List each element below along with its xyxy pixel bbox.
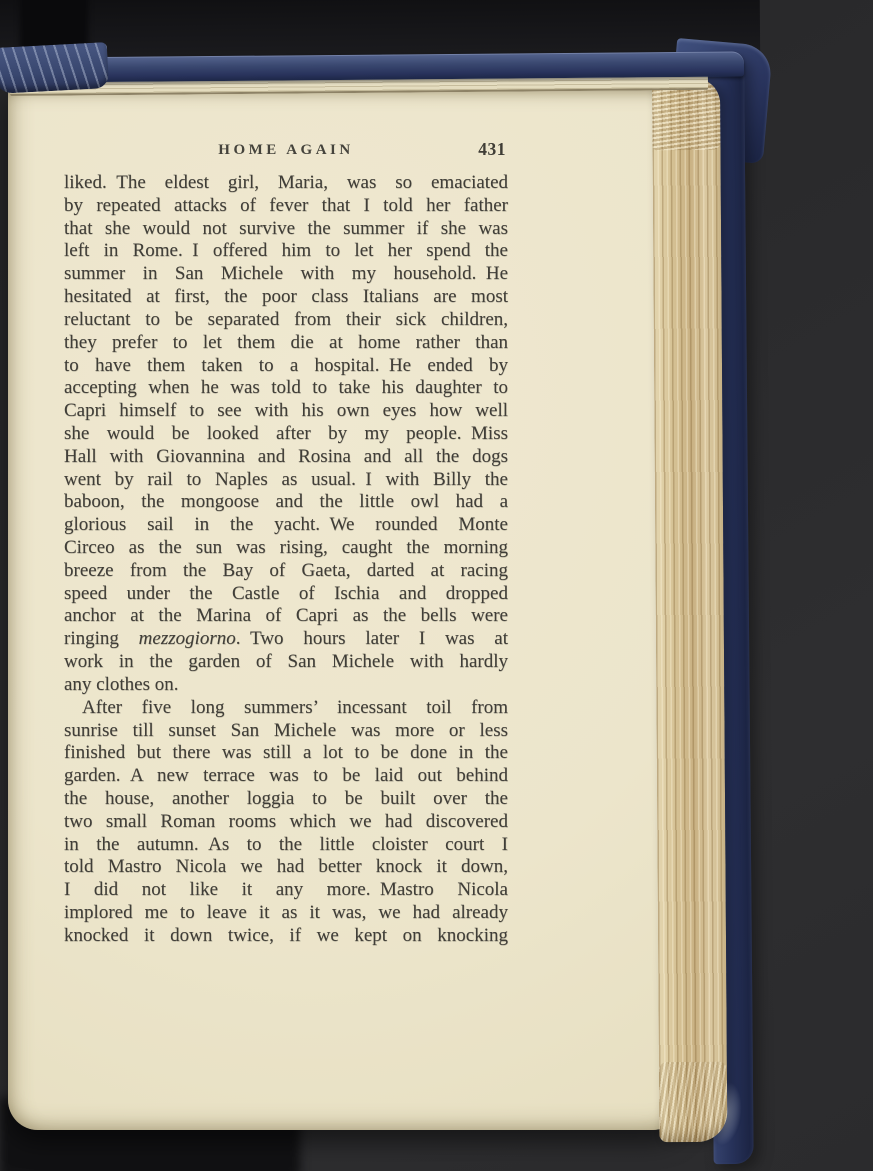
text-line: any clothes on. — [64, 674, 508, 697]
text-line: hesitated at first, the poor class Itali… — [64, 286, 508, 309]
text-line: to have them taken to a hospital. He end… — [64, 355, 508, 378]
text-line: I did not like it any more. Mastro Nicol… — [64, 879, 508, 902]
text-line: After five long summers’ incessant toil … — [64, 697, 508, 720]
text-line: knocked it down twice, if we kept on kno… — [64, 925, 508, 948]
text-line: went by rail to Naples as usual. I with … — [64, 469, 508, 492]
text-line: speed under the Castle of Ischia and dro… — [64, 583, 508, 606]
text-line: Hall with Giovannina and Rosina and all … — [64, 446, 508, 469]
text-line: implored me to leave it as it was, we ha… — [64, 902, 508, 925]
page-stack-fore-edge — [652, 78, 727, 1142]
text-line: liked. The eldest girl, Maria, was so em… — [64, 172, 508, 195]
text-line: that she would not survive the summer if… — [64, 218, 508, 241]
page-number: 431 — [478, 139, 506, 160]
text-line: they prefer to let them die at home rath… — [64, 332, 508, 355]
text-line: sunrise till sunset San Michele was more… — [64, 720, 508, 743]
book-page: HOME AGAIN 431 liked. The eldest girl, M… — [8, 88, 686, 1130]
text-line: Circeo as the sun was rising, caught the… — [64, 537, 508, 560]
running-header: HOME AGAIN 431 — [64, 142, 508, 159]
text-line: by repeated attacks of fever that I told… — [64, 195, 508, 218]
text-line: breeze from the Bay of Gaeta, darted at … — [64, 560, 508, 583]
text-line: reluctant to be separated from their sic… — [64, 309, 508, 332]
text-line: the house, another loggia to be built ov… — [64, 788, 508, 811]
text-line: two small Roman rooms which we had disco… — [64, 811, 508, 834]
text-line: in the autumn. As to the little cloister… — [64, 834, 508, 857]
text-line: left in Rome. I offered him to let her s… — [64, 240, 508, 263]
text-line: finished but there was still a lot to be… — [64, 742, 508, 765]
text-line: anchor at the Marina of Capri as the bel… — [64, 605, 508, 628]
text-line: garden. A new terrace was to be laid out… — [64, 765, 508, 788]
text-line: told Mastro Nicola we had better knock i… — [64, 856, 508, 879]
text-line: summer in San Michele with my household.… — [64, 263, 508, 286]
running-header-title: HOME AGAIN — [218, 142, 353, 158]
text-line: she would be looked after by my people. … — [64, 423, 508, 446]
text-block: liked. The eldest girl, Maria, was so em… — [64, 172, 508, 948]
text-line: ringing mezzogiorno. Two hours later I w… — [64, 628, 508, 651]
cover-corner-worn-top-left — [0, 42, 109, 94]
text-line: Capri himself to see with his own eyes h… — [64, 400, 508, 423]
book-scan: HOME AGAIN 431 liked. The eldest girl, M… — [0, 0, 873, 1171]
text-line: baboon, the mongoose and the little owl … — [64, 491, 508, 514]
text-line: glorious sail in the yacht. We rounded M… — [64, 514, 508, 537]
text-line: accepting when he was told to take his d… — [64, 377, 508, 400]
text-line: work in the garden of San Michele with h… — [64, 651, 508, 674]
